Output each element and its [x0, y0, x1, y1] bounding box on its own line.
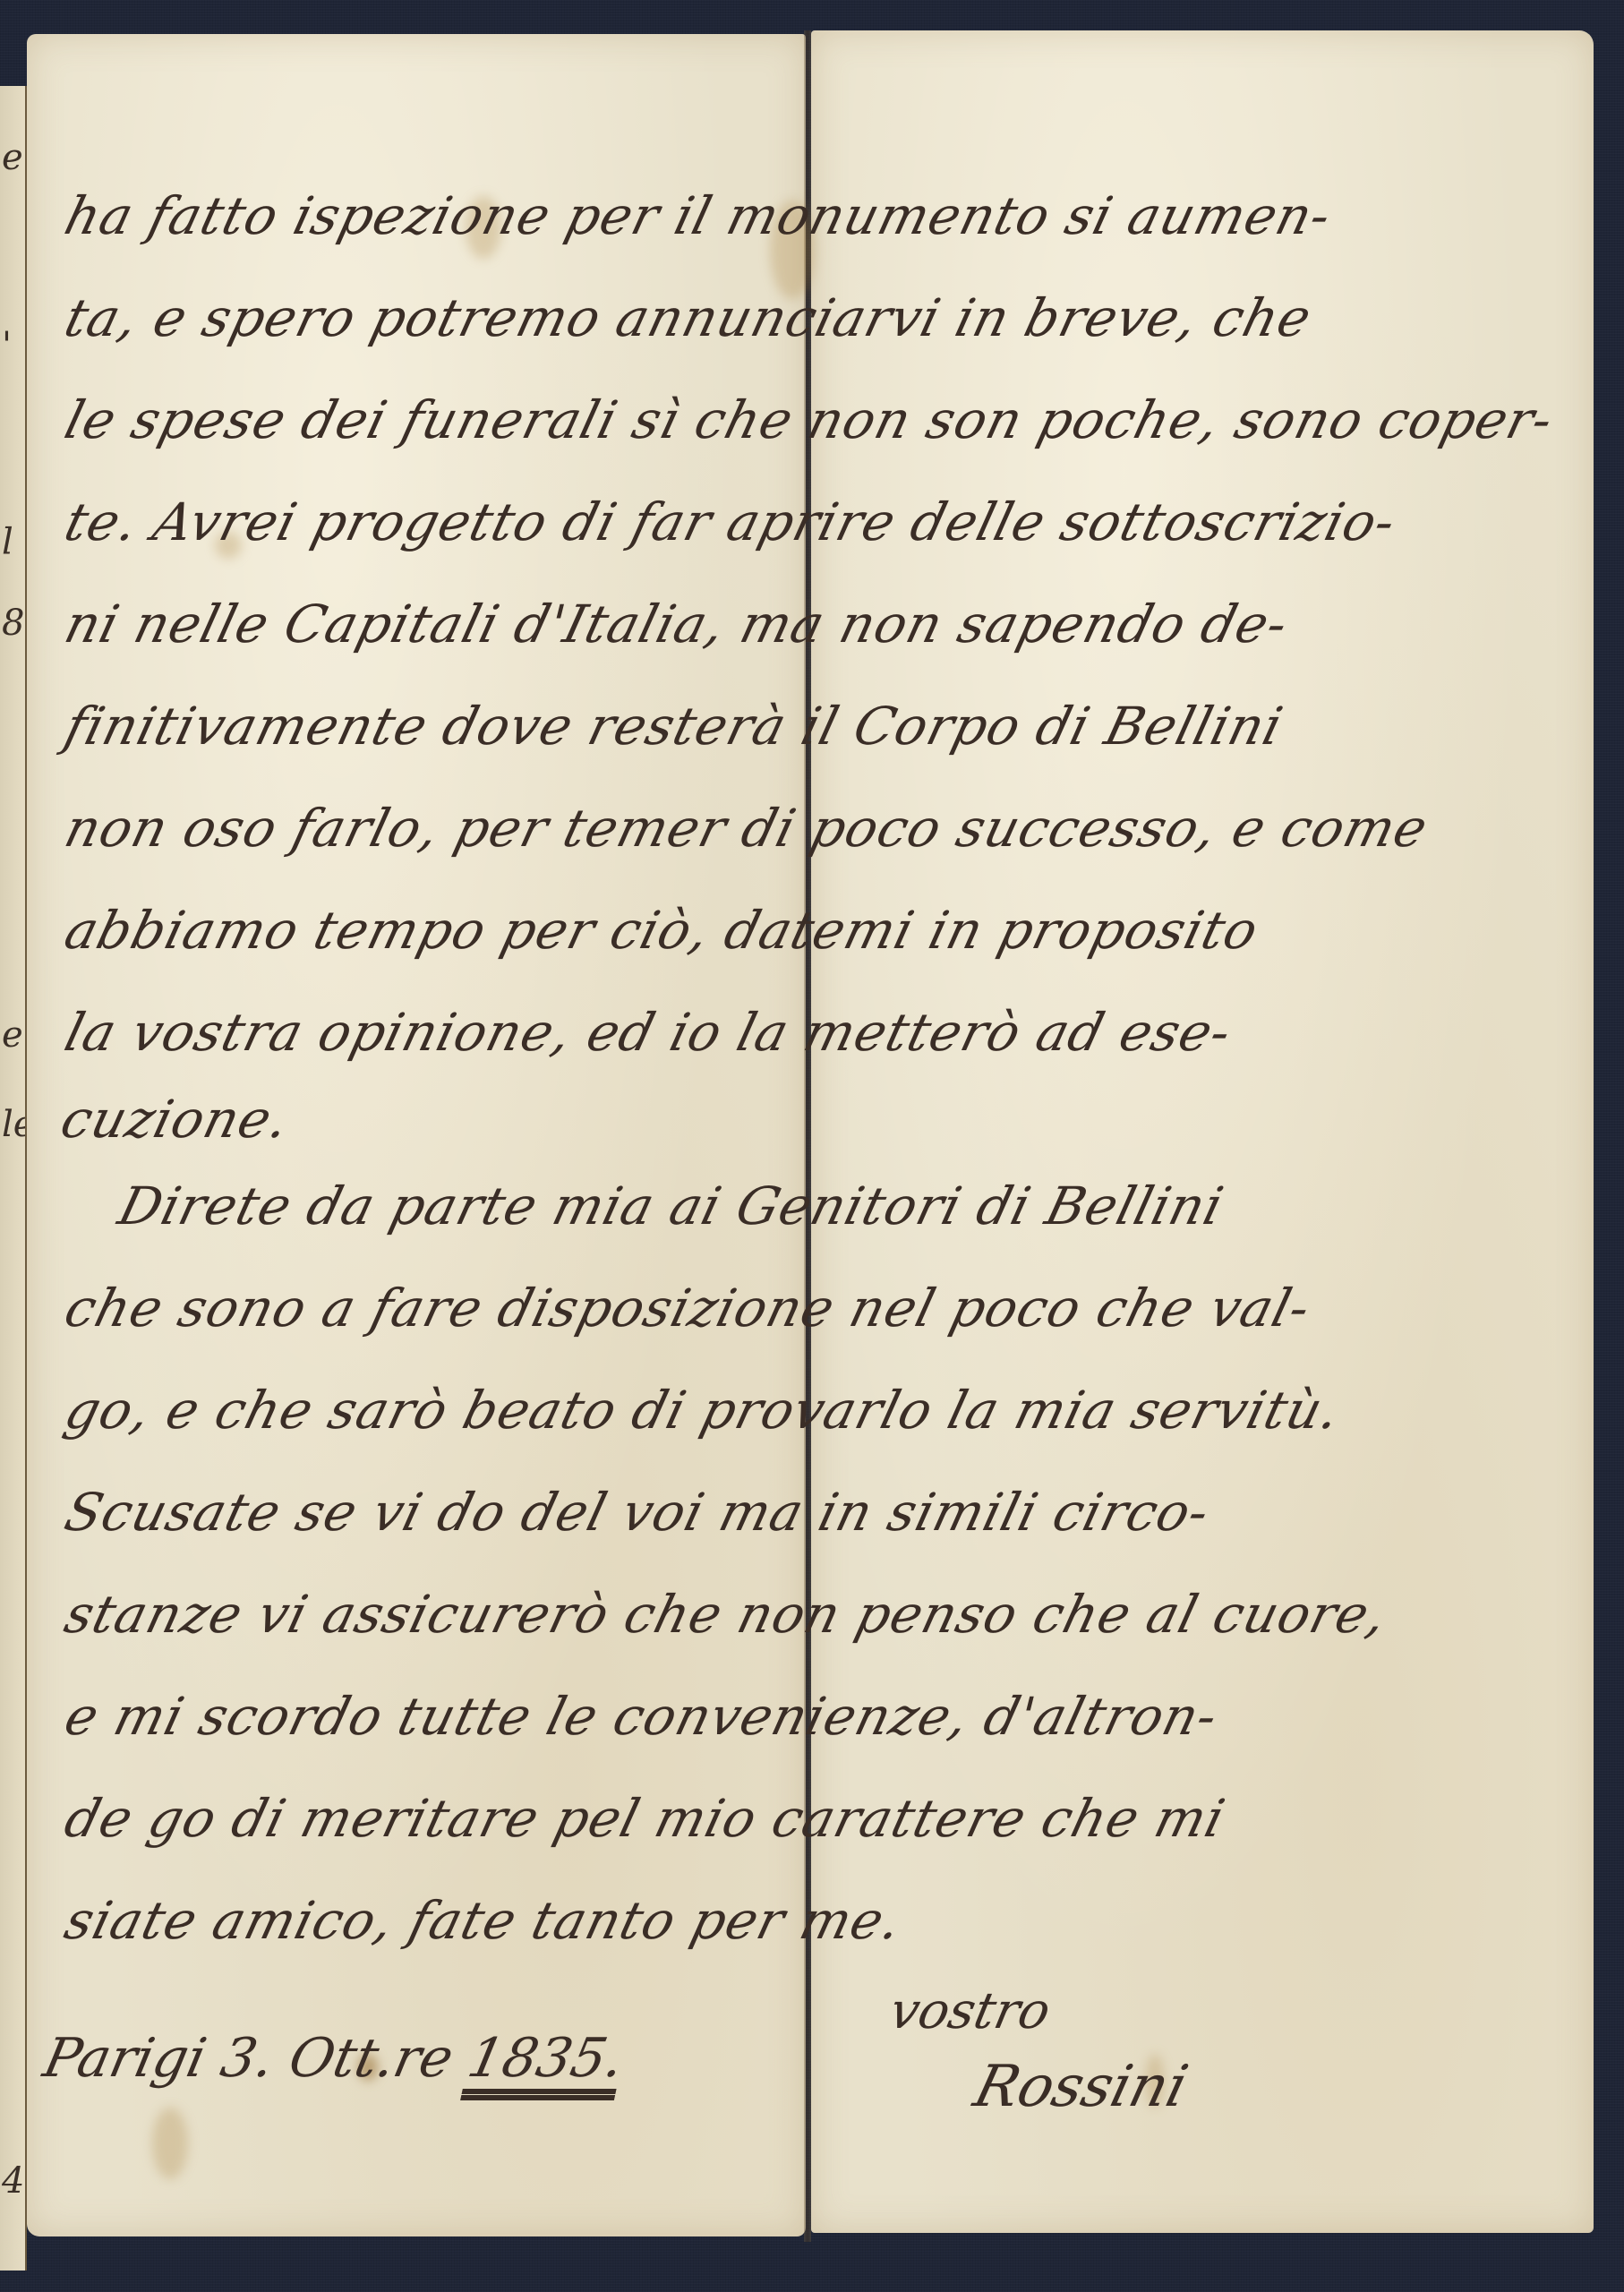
signature: Rossini [968, 2054, 1194, 2120]
body-line: finitivamente dove resterà il Corpo di B… [54, 675, 1601, 777]
body-line: siate amico, fate tanto per me. [54, 1869, 1601, 1971]
body-line: non oso farlo, per temer di poco success… [54, 777, 1601, 879]
adjacent-fragment: ' [2, 328, 12, 363]
valediction: vostro [885, 1982, 1056, 2040]
body-line: la vostra opinione, ed io la metterò ad … [54, 981, 1601, 1083]
year: 1835. [463, 2027, 630, 2090]
adjacent-fragment: e [2, 1017, 23, 1053]
body-line: le spese dei funerali sì che non son poc… [54, 369, 1601, 471]
body-line: de go di meritare pel mio carattere che … [54, 1767, 1601, 1869]
adjacent-page-edge: e ' ꞁ 8. e le, 4 [0, 86, 27, 2271]
place-date-text: Parigi 3. Ott.re [38, 2027, 459, 2090]
body-line: che sono a fare disposizione nel poco ch… [54, 1257, 1601, 1359]
body-line: go, e che sarò beato di provarlo la mia … [54, 1359, 1601, 1461]
adjacent-fragment: e [2, 140, 23, 175]
adjacent-fragment: 8. [2, 605, 27, 641]
body-line: ha fatto ispezione per il monumento si a… [54, 165, 1601, 267]
body-line: ta, e spero potremo annunciarvi in breve… [54, 267, 1601, 369]
letter-closing: Parigi 3. Ott.re 1835. vostro Rossini [45, 1982, 1567, 2179]
body-line: Direte da parte mia ai Genitori di Belli… [54, 1155, 1601, 1257]
body-line: ni nelle Capitali d'Italia, ma non sapen… [54, 573, 1601, 675]
body-line: cuzione. [54, 1083, 1594, 1155]
manuscript-sheet: e ' ꞁ 8. e le, 4 ha fatto ispezione per … [0, 30, 1598, 2262]
place-date: Parigi 3. Ott.re 1835. [38, 2027, 630, 2090]
body-line: te. Avrei progetto di far aprire delle s… [54, 471, 1601, 573]
body-line: abbiamo tempo per ciò, datemi in proposi… [54, 879, 1601, 981]
adjacent-fragment: le, [2, 1107, 27, 1142]
adjacent-fragment: ꞁ [2, 516, 13, 552]
body-line: e mi scordo tutte le convenienze, d'altr… [54, 1665, 1601, 1767]
body-line: stanze vi assicurerò che non penso che a… [54, 1563, 1601, 1665]
body-line: Scusate se vi do del voi ma in simili ci… [54, 1461, 1601, 1563]
letter-body: ha fatto ispezione per il monumento si a… [54, 165, 1576, 1971]
adjacent-fragment: 4 [2, 2163, 24, 2199]
